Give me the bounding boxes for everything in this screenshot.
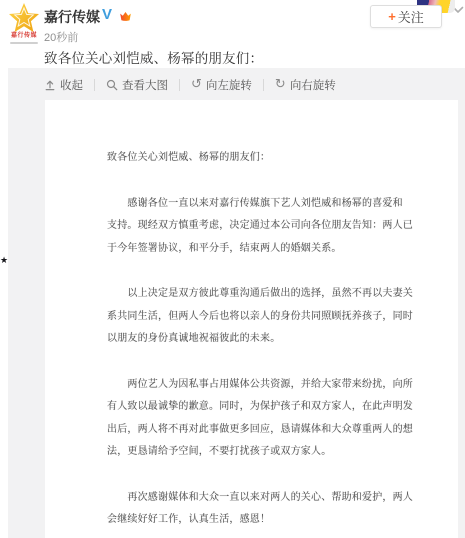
rotate-left-icon: ↺ — [191, 79, 202, 91]
follow-button-label: 关注 — [398, 7, 424, 26]
statement-image[interactable]: 致各位关心刘恺威、杨幂的朋友们： 感谢各位一直以来对嘉行传媒旗下艺人刘恺威和杨幂… — [45, 100, 458, 538]
rotate-left-label: 向左旋转 — [206, 77, 252, 93]
letter-paragraph: 再次感谢媒体和大众一直以来对两人的关心、帮助和爱护，两人 会继续好好工作，认真生… — [107, 487, 414, 532]
weibo-post-screen: 嘉行传媒 嘉行传媒 V + 关注 20秒前 致各位关心刘恺威、杨幂的朋友们： — [0, 0, 465, 538]
avatar-subtext-line — [10, 42, 38, 44]
rotate-right-label: 向右旋转 — [290, 77, 336, 93]
rotate-left-button[interactable]: ↺ 向左旋转 — [191, 77, 252, 93]
collapse-label: 收起 — [60, 77, 83, 93]
follow-button[interactable]: + 关注 — [370, 5, 442, 28]
toolbar-divider — [179, 79, 180, 91]
letter-paragraph: 以上决定是双方彼此尊重沟通后做出的选择，虽然不再以夫妻关 系共同生活，但两人今后… — [107, 283, 414, 351]
letter-salutation: 致各位关心刘恺威、杨幂的朋友们： — [107, 147, 414, 170]
letter-paragraph: 感谢各位一直以来对嘉行传媒旗下艺人刘恺威和杨幂的喜爱和 支持。现经双方慎重考虑，… — [107, 193, 414, 261]
toolbar-divider — [94, 79, 95, 91]
username[interactable]: 嘉行传媒 — [44, 7, 100, 27]
statement-letter: 致各位关心刘恺威、杨幂的朋友们： 感谢各位一直以来对嘉行传媒旗下艺人刘恺威和杨幂… — [45, 100, 458, 532]
crown-icon — [119, 9, 132, 27]
collapse-button[interactable]: 收起 — [44, 77, 83, 93]
timestamp[interactable]: 20秒前 — [44, 29, 78, 45]
image-viewer: 收起 查看大图 ↺ 向左旋转 ↻ 向右旋转 — [8, 68, 465, 538]
toolbar-divider — [263, 79, 264, 91]
view-large-button[interactable]: 查看大图 — [106, 77, 168, 93]
margin-star-decoration: ★ — [0, 256, 8, 265]
collapse-icon — [44, 79, 56, 91]
rotate-right-icon: ↻ — [275, 79, 286, 91]
brand-avatar[interactable]: 嘉行传媒 — [6, 2, 42, 50]
avatar-brand-text: 嘉行传媒 — [6, 33, 42, 40]
post-text: 致各位关心刘恺威、杨幂的朋友们： — [44, 47, 263, 67]
star-logo-icon — [8, 2, 40, 33]
letter-paragraph: 两位艺人为因私事占用媒体公共资源，并给大家带来纷扰，向所 有人致以最诚挚的歉意。… — [107, 374, 414, 464]
view-large-label: 查看大图 — [122, 77, 168, 93]
image-toolbar: 收起 查看大图 ↺ 向左旋转 ↻ 向右旋转 — [44, 75, 336, 95]
rotate-right-button[interactable]: ↻ 向右旋转 — [275, 77, 336, 93]
plus-icon: + — [388, 9, 396, 24]
verified-v-icon: V — [102, 6, 112, 23]
view-large-icon — [106, 79, 118, 91]
